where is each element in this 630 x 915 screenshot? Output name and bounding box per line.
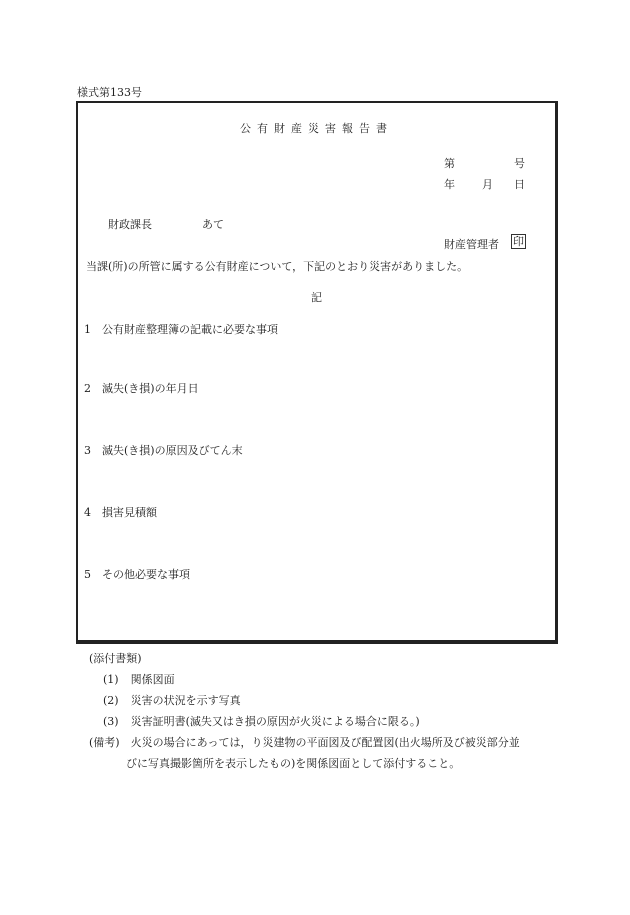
item-4: 4損害見積額: [84, 504, 157, 520]
item-2: 2滅失(き損)の年月日: [84, 380, 199, 396]
sender-label: 財産管理者: [444, 236, 499, 252]
item-label: 損害見積額: [102, 506, 157, 519]
addressee-suffix: あて: [202, 216, 224, 232]
item-label: 滅失(き損)の原因及びてん末: [102, 444, 243, 457]
remarks-label: (備考): [89, 736, 120, 749]
seal-mark: 印: [511, 234, 526, 249]
remarks-line-1: 火災の場合にあっては，り災建物の平面図及び配置図(出火場所及び被災部分並: [131, 736, 520, 749]
attachment-item-1: (1)関係図面: [103, 671, 175, 687]
form-number: 様式第133号: [77, 84, 142, 100]
attachment-item-2: (2)災害の状況を示す写真: [103, 692, 241, 708]
remarks: (備考)火災の場合にあっては，り災建物の平面図及び配置図(出火場所及び被災部分並: [89, 734, 520, 750]
attachment-number: (1): [103, 673, 119, 686]
attachment-item-3: (3)災害証明書(滅失又はき損の原因が火災による場合に限る。): [103, 713, 420, 729]
date-month: 月: [482, 176, 493, 192]
item-number: 3: [84, 444, 91, 457]
number-prefix: 第: [444, 155, 455, 171]
addressee-name: 財政課長: [108, 216, 152, 232]
item-number: 2: [84, 382, 91, 395]
attachment-number: (3): [103, 715, 119, 728]
attachments-heading: (添付書類): [89, 650, 142, 666]
document-title: 公有財産災害報告書: [78, 120, 555, 136]
item-label: その他必要な事項: [102, 568, 190, 581]
item-number: 4: [84, 506, 91, 519]
date-year: 年: [444, 176, 455, 192]
item-1: 1公有財産整理簿の記載に必要な事項: [84, 321, 278, 337]
item-label: 滅失(き損)の年月日: [102, 382, 199, 395]
item-number: 1: [84, 323, 91, 336]
attachment-label: 災害証明書(滅失又はき損の原因が火災による場合に限る。): [131, 715, 420, 728]
body-text: 当課(所)の所管に属する公有財産について，下記のとおり災害がありました。: [86, 258, 468, 274]
ki-label: 記: [78, 289, 555, 305]
attachment-label: 関係図面: [131, 673, 175, 686]
date-day: 日: [514, 176, 525, 192]
attachment-number: (2): [103, 694, 119, 707]
number-suffix: 号: [514, 155, 525, 171]
item-5: 5その他必要な事項: [84, 566, 190, 582]
item-label: 公有財産整理簿の記載に必要な事項: [102, 323, 278, 336]
item-number: 5: [84, 568, 91, 581]
attachment-label: 災害の状況を示す写真: [131, 694, 241, 707]
remarks-line-2: びに写真撮影箇所を表示したもの)を関係図面として添付すること。: [126, 755, 460, 771]
report-form-box: 公有財産災害報告書 第 号 年 月 日 財政課長 あて 財産管理者 印 当課(所…: [76, 101, 558, 644]
item-3: 3滅失(き損)の原因及びてん末: [84, 442, 243, 458]
